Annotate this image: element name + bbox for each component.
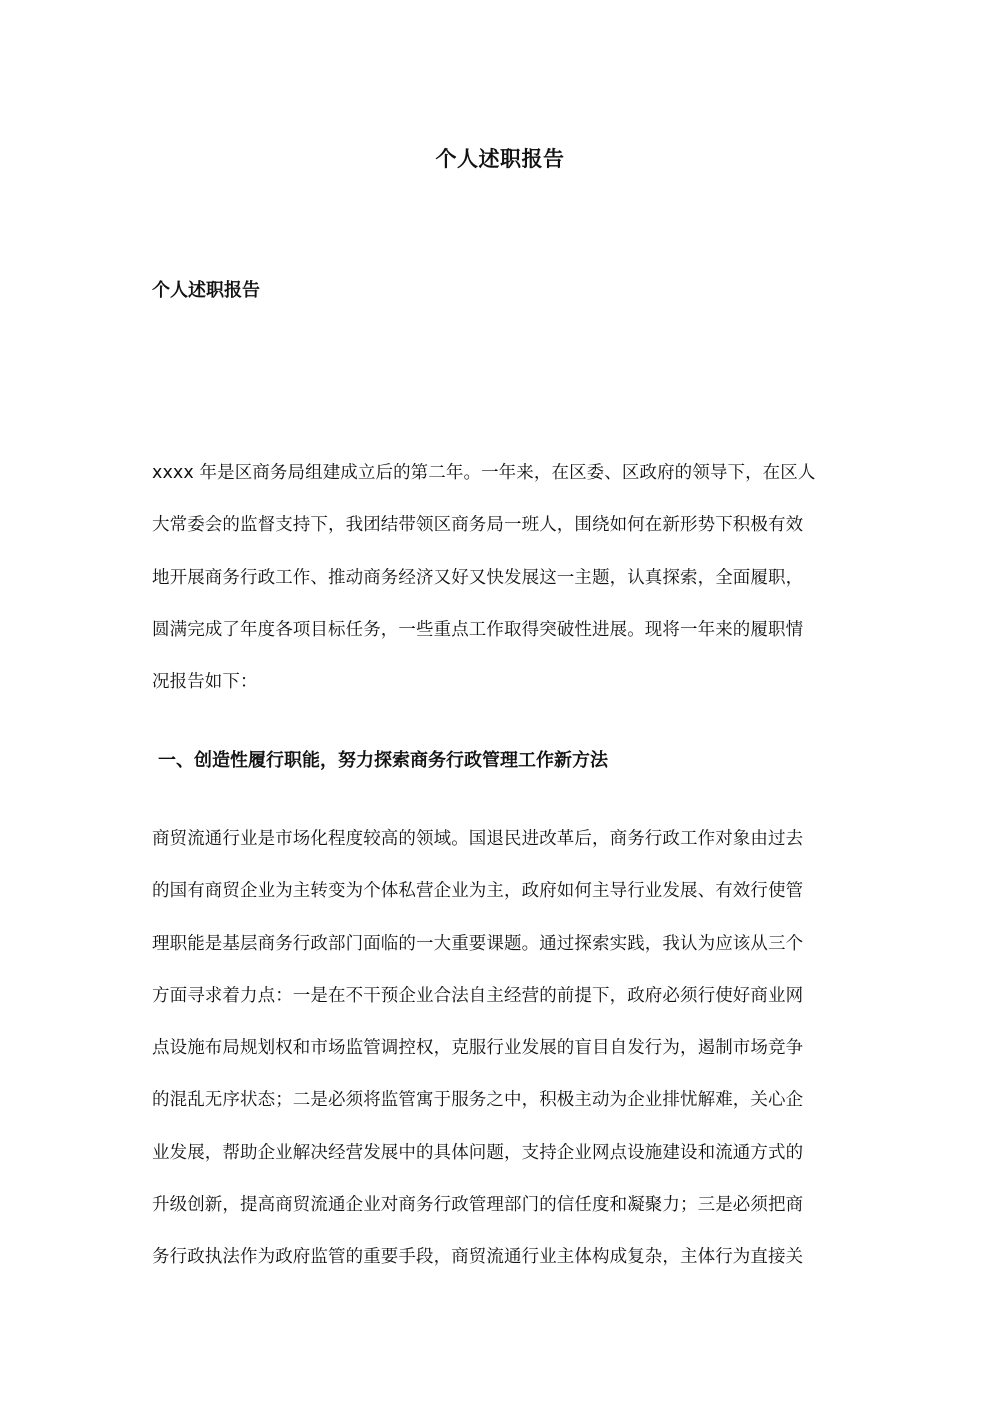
paragraph-line: 况报告如下： <box>152 656 852 708</box>
document-subtitle: 个人述职报告 <box>152 276 260 306</box>
section-heading: 一、创造性履行职能，努力探索商务行政管理工作新方法 <box>158 746 608 776</box>
paragraph-line: 的国有商贸企业为主转变为个体私营企业为主，政府如何主导行业发展、有效行使管 <box>152 865 852 917</box>
document-page: 个人述职报告 个人述职报告 xxxx 年是区商务局组建成立后的第二年。一年来，在… <box>0 0 1000 1415</box>
intro-paragraph: xxxx 年是区商务局组建成立后的第二年。一年来，在区委、区政府的领导下，在区人… <box>152 447 852 708</box>
paragraph-line: 理职能是基层商务行政部门面临的一大重要课题。通过探索实践，我认为应该从三个 <box>152 918 852 970</box>
paragraph-line: 业发展，帮助企业解决经营发展中的具体问题，支持企业网点设施建设和流通方式的 <box>152 1127 852 1179</box>
section-paragraph: 商贸流通行业是市场化程度较高的领域。国退民进改革后，商务行政工作对象由过去 的国… <box>152 813 852 1284</box>
paragraph-line: 商贸流通行业是市场化程度较高的领域。国退民进改革后，商务行政工作对象由过去 <box>152 813 852 865</box>
paragraph-line: 大常委会的监督支持下，我团结带领区商务局一班人，围绕如何在新形势下积极有效 <box>152 499 852 551</box>
paragraph-line: 方面寻求着力点：一是在不干预企业合法自主经营的前提下，政府必须行使好商业网 <box>152 970 852 1022</box>
paragraph-line: 地开展商务行政工作、推动商务经济又好又快发展这一主题，认真探索，全面履职， <box>152 552 852 604</box>
document-title: 个人述职报告 <box>0 144 1000 174</box>
paragraph-line: 点设施布局规划权和市场监管调控权，克服行业发展的盲目自发行为，遏制市场竞争 <box>152 1022 852 1074</box>
paragraph-line: 升级创新，提高商贸流通企业对商务行政管理部门的信任度和凝聚力；三是必须把商 <box>152 1179 852 1231</box>
paragraph-line: xxxx 年是区商务局组建成立后的第二年。一年来，在区委、区政府的领导下，在区人 <box>152 447 852 499</box>
paragraph-line: 圆满完成了年度各项目标任务，一些重点工作取得突破性进展。现将一年来的履职情 <box>152 604 852 656</box>
paragraph-line: 务行政执法作为政府监管的重要手段，商贸流通行业主体构成复杂，主体行为直接关 <box>152 1231 852 1283</box>
paragraph-line: 的混乱无序状态；二是必须将监管寓于服务之中，积极主动为企业排忧解难，关心企 <box>152 1074 852 1126</box>
